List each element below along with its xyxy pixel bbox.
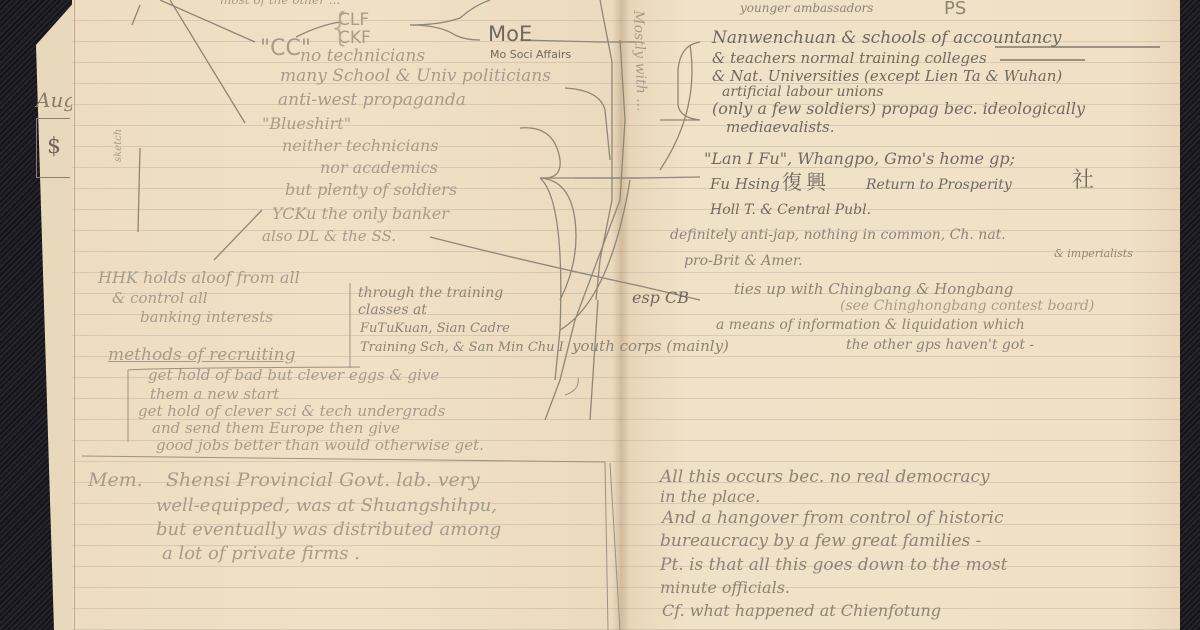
conclusion-note-3: And a hangover from control of historic <box>662 510 1004 527</box>
blueshirt-note-1: neither technicians <box>282 138 439 154</box>
blueshirt-note-4: YCKu the only banker <box>272 206 449 222</box>
hhk-note-1: HHK holds aloof from all <box>98 270 300 286</box>
mem-note-4: a lot of private firms . <box>162 545 360 563</box>
mem-note-1: Shensi Provincial Govt. lab. very <box>166 471 480 490</box>
training-note-3: FuTuKuan, Sian Cadre <box>360 322 510 335</box>
schools-note-4: artificial labour unions <box>722 85 884 99</box>
spine-vertical-note: Mostly with ... <box>631 10 649 112</box>
page-gutter <box>612 0 630 630</box>
recruiting-note-2: them a new start <box>150 387 279 402</box>
label-mo-soc-affairs: Mo Soci Affairs <box>490 49 571 60</box>
recruiting-note-4: and send them Europe then give <box>152 421 400 436</box>
cc-note-3: anti-west propaganda <box>278 92 466 109</box>
ties-note-1: ties up with Chingbang & Hongbang <box>734 282 1013 297</box>
training-note-1: through the training <box>358 286 503 300</box>
schools-note-6: mediaevalists. <box>726 120 835 135</box>
conclusion-note-2: in the place. <box>660 489 760 505</box>
recruiting-note-3: get hold of clever sci & tech undergrads <box>138 404 445 419</box>
left-top-line: most of the other ... <box>220 0 340 6</box>
cc-note-1: no technicians <box>300 48 425 65</box>
flyleaf-symbol: $ <box>47 134 61 159</box>
groups-note-return: Return to Prosperity <box>866 178 1012 192</box>
policy-note-1: definitely anti-jap, nothing in common, … <box>670 228 1006 242</box>
cjk-fuxing: 復興 <box>782 172 830 192</box>
youth-corps-note: youth corps (mainly) <box>572 339 729 354</box>
flyleaf-text: Aug <box>36 88 76 112</box>
conclusion-note-5: Pt. is that all this goes down to the mo… <box>660 557 1008 574</box>
label-ps: PS <box>944 0 966 18</box>
schools-note-5: (only a few soldiers) propag bec. ideolo… <box>712 101 1085 117</box>
policy-note-2: pro-Brit & Amer. <box>684 254 803 268</box>
brace-left: { <box>328 8 352 46</box>
mem-note-3: but eventually was distributed among <box>156 521 501 539</box>
ties-note-3: a means of information & liquidation whi… <box>716 318 1025 332</box>
schools-note-1: Nanwenchuan & schools of accountancy <box>712 30 1061 47</box>
training-note-4: Training Sch, & San Min Chu I <box>360 341 564 354</box>
mem-label: Mem. <box>88 471 143 490</box>
blueshirt-note-3: but plenty of soldiers <box>285 182 457 198</box>
flyleaf-symbol-box: $ <box>36 118 70 178</box>
groups-note-1: "Lan I Fu", Whangpo, Gmo's home gp; <box>704 151 1015 167</box>
binding-cloth-right <box>1178 0 1200 630</box>
esp-cb-note: esp CB <box>632 290 689 306</box>
conclusion-note-1: All this occurs bec. no real democracy <box>660 469 990 486</box>
conclusion-note-4: bureaucracy by a few great families - <box>660 533 981 550</box>
schools-note-2: & teachers normal training colleges <box>712 51 987 66</box>
mem-note-2: well-equipped, was at Shuangshihpu, <box>156 497 497 515</box>
cjk-she: 社 <box>1072 170 1094 192</box>
hhk-note-2: & control all <box>112 291 208 306</box>
groups-note-2: Fu Hsing <box>710 177 780 192</box>
label-moe: MoE <box>488 24 532 45</box>
conclusion-note-7: Cf. what happened at Chienfotung <box>662 603 941 619</box>
blueshirt-note-2: nor academics <box>320 160 438 176</box>
recruiting-note-5: good jobs better than would otherwise ge… <box>156 438 484 453</box>
recruiting-note-1: get hold of bad but clever eggs & give <box>148 368 439 383</box>
hhk-note-3: banking interests <box>140 310 273 325</box>
groups-note-3: Holl T. & Central Publ. <box>710 203 871 217</box>
recruiting-label: methods of recruiting <box>108 347 295 364</box>
training-note-2: classes at <box>358 303 427 317</box>
ties-note-2: (see Chinghongbang contest board) <box>840 299 1094 313</box>
conclusion-note-6: minute officials. <box>660 580 790 596</box>
schools-note-3: & Nat. Universities (except Lien Ta & Wu… <box>712 69 1062 84</box>
label-blueshirt: "Blueshirt" <box>262 116 351 132</box>
imperialists-note: & imperialists <box>1054 248 1133 259</box>
ties-note-4: the other gps haven't got - <box>846 338 1034 352</box>
blueshirt-note-5: also DL & the SS. <box>262 229 396 244</box>
margin-sketch: sketch <box>114 129 124 162</box>
cc-note-2: many School & Univ politicians <box>280 68 551 85</box>
right-top-line: younger ambassadors <box>740 2 873 14</box>
